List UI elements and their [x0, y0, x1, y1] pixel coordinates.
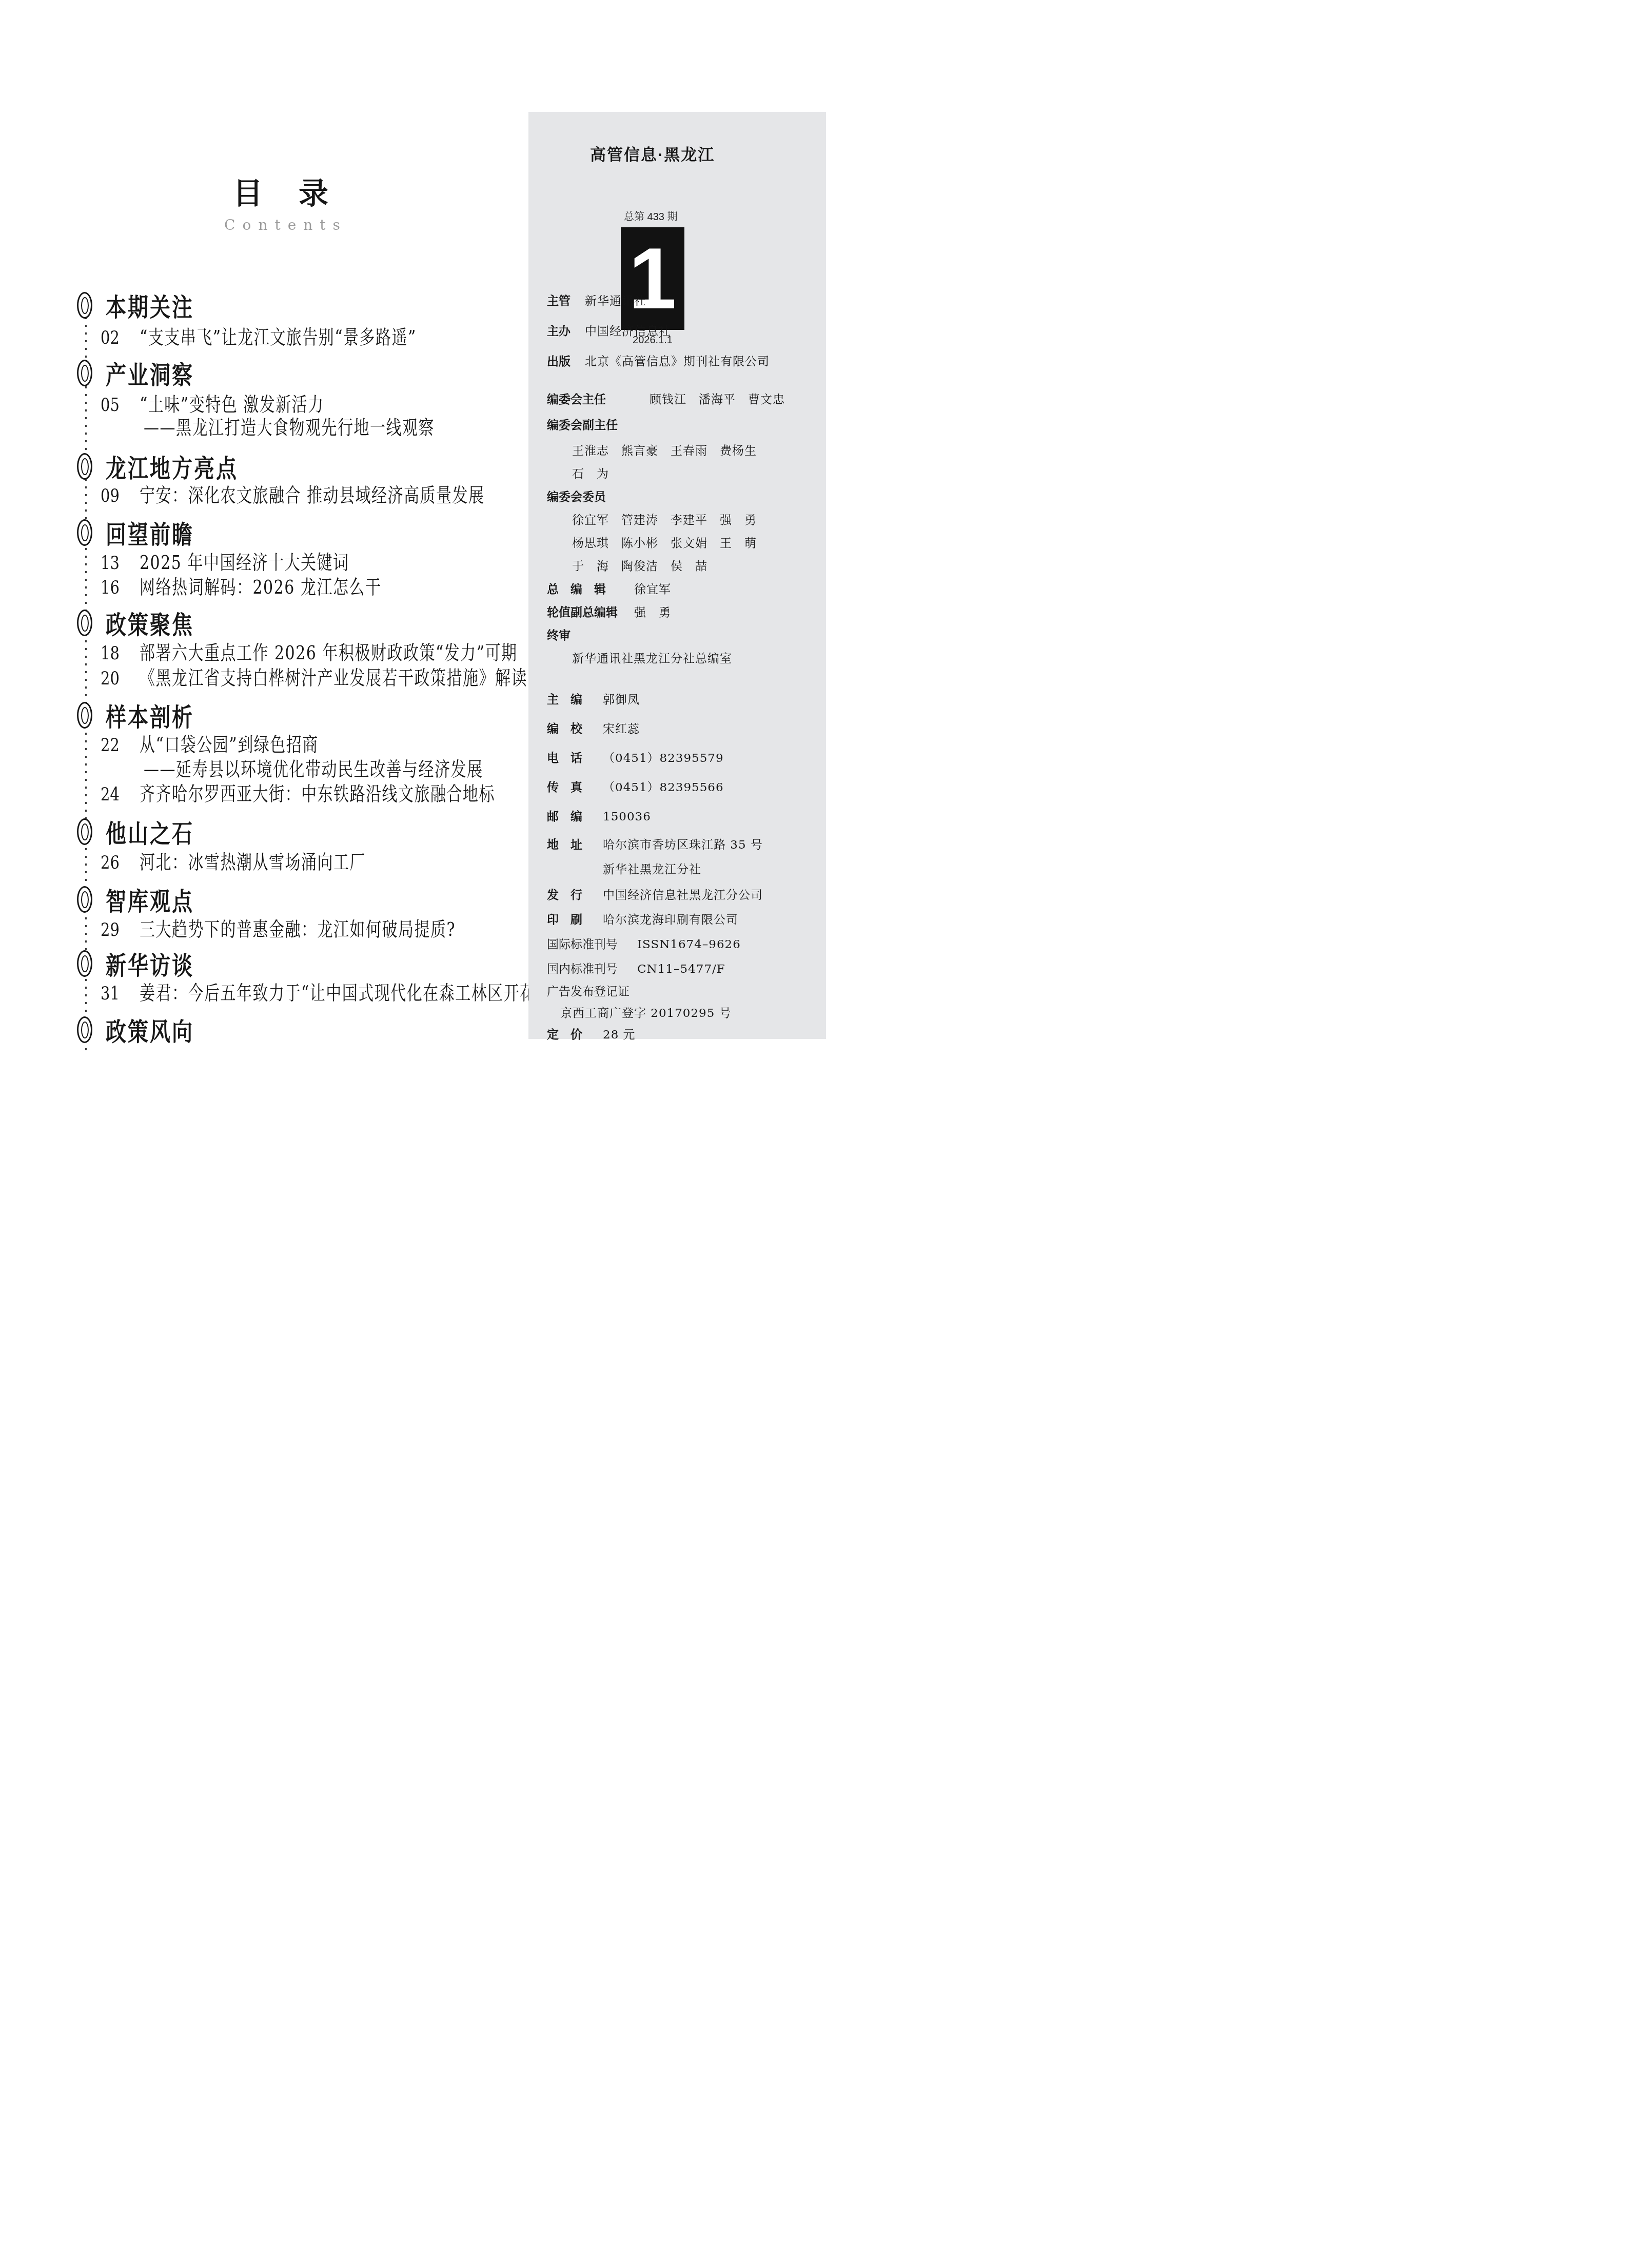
- double-ring-icon: [77, 610, 92, 636]
- masthead-row: 传 真（0451）82395566: [547, 778, 808, 794]
- contents-title-en: Contents: [169, 217, 395, 233]
- toc-item: 18部署六大重点工作 2026 年积极财政政策“发力”可期: [101, 640, 518, 660]
- masthead-label: 编 校: [547, 719, 603, 736]
- masthead-label: 主 编: [547, 690, 603, 707]
- masthead-row: 徐宜军 管建涛 李建平 强 勇: [547, 511, 808, 527]
- ring-inner: [81, 1022, 89, 1038]
- double-ring-icon: [77, 519, 92, 546]
- masthead-row: 编 校宋红蕊: [547, 719, 808, 736]
- section-title: 样本剖析: [106, 697, 194, 733]
- masthead-value: 顾钱江 潘海平 曹文忠: [650, 393, 785, 406]
- item-subtitle: ——黑龙江打造大食物观先行地一线观察: [144, 412, 435, 440]
- masthead-value: ISSN1674–9626: [637, 938, 741, 951]
- issue-big-number: 1: [628, 235, 676, 322]
- section-title: 龙江地方亮点: [106, 448, 238, 484]
- toc-item: 20《黑龙江省支持白桦树汁产业发展若干政策措施》解读: [101, 665, 527, 685]
- masthead-label: 定 价: [547, 1025, 603, 1042]
- section-title: 智库观点: [106, 881, 194, 917]
- masthead-row: 于 海 陶俊洁 侯 喆: [547, 557, 808, 573]
- item-page-number: 20: [101, 667, 140, 689]
- contents-title-cn: 目 录: [169, 169, 395, 212]
- masthead-row: 主办中国经济信息社: [547, 322, 808, 338]
- double-ring-icon: [77, 453, 92, 480]
- masthead-label: 总 编 辑: [547, 580, 634, 597]
- toc-section-tashanzhishi: 他山之石: [77, 818, 194, 846]
- item-title: 三大趋势下的普惠金融：龙江如何破局提质?: [140, 914, 456, 942]
- ring-inner: [81, 955, 89, 972]
- masthead-row: 印 刷哈尔滨龙海印刷有限公司: [547, 910, 808, 927]
- masthead-value: 杨思琪 陈小彬 张文娟 王 萌: [572, 537, 757, 550]
- masthead-value: 新华通讯社黑龙江分社总编室: [572, 652, 732, 665]
- item-title: “支支串飞”让龙江文旅告别“景多路遥”: [140, 322, 417, 350]
- masthead-value: 哈尔滨龙海印刷有限公司: [603, 913, 738, 927]
- toc-item: 26河北：冰雪热潮从雪场涌向工厂: [101, 849, 366, 870]
- masthead-row: 邮 编150036: [547, 807, 808, 823]
- magazine-contents-page: 目 录 Contents 本期关注 02“支支串飞”让龙江文旅告别“景多路遥” …: [0, 0, 826, 1129]
- masthead-label: 邮 编: [547, 807, 603, 824]
- issue-number: 总第 433 期: [624, 208, 677, 223]
- page-title: 目 录 Contents: [169, 169, 395, 233]
- item-page-number: 13: [101, 552, 140, 574]
- masthead-value: 新华社黑龙江分社: [603, 863, 701, 876]
- toc-item: 31姜君：今后五年致力于“让中国式现代化在森工林区开花结果”: [101, 980, 577, 1000]
- masthead-label: 传 真: [547, 778, 603, 795]
- item-page-number: 02: [101, 326, 140, 348]
- section-title: 他山之石: [106, 814, 194, 850]
- toc-item: 132025 年中国经济十大关键词: [101, 549, 349, 570]
- item-title: 2025 年中国经济十大关键词: [140, 547, 349, 575]
- double-ring-icon: [77, 886, 92, 913]
- masthead-value: 京西工商广登字 20170295 号: [560, 1007, 732, 1020]
- masthead-value: 北京《高管信息》期刊社有限公司: [585, 355, 770, 368]
- item-page-number: 24: [101, 783, 140, 805]
- ring-inner: [81, 615, 89, 632]
- double-ring-icon: [77, 292, 92, 319]
- dotted-leader-line: [85, 317, 87, 1054]
- item-page-number: 16: [101, 576, 140, 598]
- masthead-row: 编委会主任顾钱江 潘海平 曹文忠: [547, 390, 808, 406]
- ring-inner: [81, 891, 89, 908]
- masthead-label: 终审: [547, 626, 571, 643]
- masthead-label: 主管: [547, 291, 585, 308]
- item-subtitle: ——延寿县以环境优化带动民生改善与经济发展: [144, 754, 483, 782]
- item-title: 姜君：今后五年致力于“让中国式现代化在森工林区开花结果”: [140, 977, 577, 1006]
- masthead-value: 强 勇: [634, 606, 671, 619]
- masthead-label: 印 刷: [547, 910, 603, 927]
- masthead-label: 编委会副主任: [547, 416, 618, 433]
- section-title: 新华访谈: [106, 946, 194, 982]
- masthead-value: CN11–5477/F: [637, 963, 725, 976]
- masthead-row: 广告发布登记证: [547, 982, 808, 998]
- masthead-label: 电 话: [547, 749, 603, 766]
- masthead-row: 国内标准刊号CN11–5477/F: [547, 959, 808, 976]
- masthead-row: 发 行中国经济信息社黑龙江分公司: [547, 886, 808, 902]
- item-page-number: 31: [101, 982, 140, 1004]
- masthead-value: （0451）82395579: [603, 752, 724, 765]
- masthead-value: （0451）82395566: [603, 781, 724, 794]
- toc-section-longjiangdifangliangdian: 龙江地方亮点: [77, 453, 238, 480]
- toc-item: 05“土味”变特色 激发新活力: [101, 391, 324, 412]
- masthead-row: 地 址哈尔滨市香坊区珠江路 35 号: [547, 835, 808, 852]
- masthead-row: 编委会委员: [547, 487, 808, 504]
- item-title: 齐齐哈尔罗西亚大街：中东铁路沿线文旅融合地标: [140, 778, 495, 807]
- masthead-row: 新华通讯社黑龙江分社总编室: [547, 649, 808, 665]
- masthead-label: 出版: [547, 352, 585, 369]
- masthead-value: 石 为: [572, 467, 609, 481]
- masthead-value: 中国经济信息社: [585, 325, 671, 338]
- masthead-value: 徐宜军: [634, 583, 671, 596]
- double-ring-icon: [77, 360, 92, 386]
- item-page-number: 05: [101, 394, 140, 416]
- toc-section-zhengcefengxiang: 政策风向: [77, 1016, 194, 1044]
- masthead-row: 新华社黑龙江分社: [547, 860, 808, 876]
- item-page-number: 18: [101, 642, 140, 664]
- masthead-label: 国内标准刊号: [547, 959, 637, 976]
- item-page-number: 26: [101, 851, 140, 873]
- masthead-row: 国际标准刊号ISSN1674–9626: [547, 935, 808, 951]
- ring-inner: [81, 524, 89, 541]
- double-ring-icon: [77, 702, 92, 729]
- toc-section-zhikuguandian: 智库观点: [77, 886, 194, 913]
- masthead-row: 主 编郭御凤: [547, 690, 808, 706]
- masthead-label: 发 行: [547, 886, 603, 902]
- masthead-label: 编委会委员: [547, 487, 606, 504]
- masthead-value: 宋红蕊: [603, 722, 640, 736]
- brand-title: 高管信息·黑龙江: [590, 142, 715, 165]
- masthead-row: 石 为: [547, 464, 808, 481]
- item-page-number: 29: [101, 918, 140, 940]
- toc-section-xinhuafangtan: 新华访谈: [77, 950, 194, 977]
- ring-inner: [81, 365, 89, 382]
- masthead-row: 定 价28 元: [547, 1025, 808, 1042]
- masthead-label: 主办: [547, 322, 585, 339]
- section-title: 本期关注: [106, 287, 194, 323]
- toc-item: 22从“口袋公园”到绿色招商: [101, 732, 319, 752]
- toc-item-subtitle: ——延寿县以环境优化带动民生改善与经济发展: [144, 756, 483, 777]
- double-ring-icon: [77, 818, 92, 845]
- double-ring-icon: [77, 1016, 92, 1043]
- masthead-row: 轮值副总编辑强 勇: [547, 603, 808, 619]
- masthead-row: 电 话（0451）82395579: [547, 749, 808, 765]
- masthead-label: 广告发布登记证: [547, 982, 630, 999]
- double-ring-icon: [77, 950, 92, 977]
- item-title: 网络热词解码：2026 龙江怎么干: [140, 572, 381, 600]
- masthead-value: 中国经济信息社黑龙江分公司: [603, 889, 763, 902]
- ring-inner: [81, 823, 89, 840]
- item-page-number: 09: [101, 484, 140, 506]
- masthead-row: 总 编 辑徐宜军: [547, 580, 808, 596]
- masthead-label: 国际标准刊号: [547, 935, 637, 952]
- masthead-value: 于 海 陶俊洁 侯 喆: [572, 560, 707, 573]
- masthead-row: 王淮志 熊言豪 王春雨 费杨生: [547, 441, 808, 458]
- toc-item: 24齐齐哈尔罗西亚大街：中东铁路沿线文旅融合地标: [101, 781, 495, 801]
- toc-section-benqiguanzhu: 本期关注: [77, 291, 194, 319]
- masthead-label: 轮值副总编辑: [547, 603, 634, 620]
- ring-inner: [81, 707, 89, 724]
- item-page-number: 22: [101, 734, 140, 756]
- masthead-row: 杨思琪 陈小彬 张文娟 王 萌: [547, 534, 808, 550]
- toc-item: 29三大趋势下的普惠金融：龙江如何破局提质?: [101, 916, 456, 937]
- item-title: 宁安：深化农文旅融合 推动县域经济高质量发展: [140, 480, 485, 508]
- ring-inner: [81, 297, 89, 314]
- item-title: 从“口袋公园”到绿色招商: [140, 729, 319, 757]
- masthead-row: 京西工商广登字 20170295 号: [547, 1004, 808, 1020]
- masthead-value: 150036: [603, 810, 651, 823]
- section-title: 政策聚焦: [106, 605, 194, 641]
- masthead-label: 地 址: [547, 835, 603, 852]
- toc-item: 09宁安：深化农文旅融合 推动县域经济高质量发展: [101, 482, 485, 503]
- masthead-label: 编委会主任: [547, 390, 650, 407]
- masthead-value: 徐宜军 管建涛 李建平 强 勇: [572, 514, 757, 527]
- toc-item-subtitle: ——黑龙江打造大食物观先行地一线观察: [144, 415, 435, 435]
- toc-section-zhengcejujiao: 政策聚焦: [77, 609, 194, 637]
- section-title: 回望前瞻: [106, 515, 194, 551]
- item-title: 河北：冰雪热潮从雪场涌向工厂: [140, 847, 366, 875]
- section-title: 政策风向: [106, 1012, 194, 1048]
- toc-section-chanyedongcha: 产业洞察: [77, 359, 194, 387]
- toc-item: 02“支支串飞”让龙江文旅告别“景多路遥”: [101, 324, 417, 345]
- masthead-value: 哈尔滨市香坊区珠江路 35 号: [603, 838, 763, 852]
- masthead-value: 郭御凤: [603, 693, 640, 706]
- masthead-value: 王淮志 熊言豪 王春雨 费杨生: [572, 444, 757, 458]
- toc-section-yangbenpouxi: 样本剖析: [77, 701, 194, 729]
- toc-item: 16网络热词解码：2026 龙江怎么干: [101, 574, 381, 595]
- masthead-row: 主管新华通讯社: [547, 291, 808, 308]
- issue-badge: 1: [621, 227, 684, 330]
- masthead-value: 新华通讯社: [585, 295, 646, 308]
- masthead-row: 编委会副主任: [547, 416, 808, 432]
- item-title: 部署六大重点工作 2026 年积极财政政策“发力”可期: [140, 637, 518, 665]
- masthead-row: 终审: [547, 626, 808, 642]
- toc-section-huiwangqianzhan: 回望前瞻: [77, 519, 194, 546]
- masthead-row: 出版北京《高管信息》期刊社有限公司: [547, 352, 808, 368]
- section-title: 产业洞察: [106, 355, 194, 391]
- ring-inner: [81, 458, 89, 475]
- masthead-value: 28 元: [603, 1028, 636, 1042]
- item-title: 《黑龙江省支持白桦树汁产业发展若干政策措施》解读: [140, 662, 527, 691]
